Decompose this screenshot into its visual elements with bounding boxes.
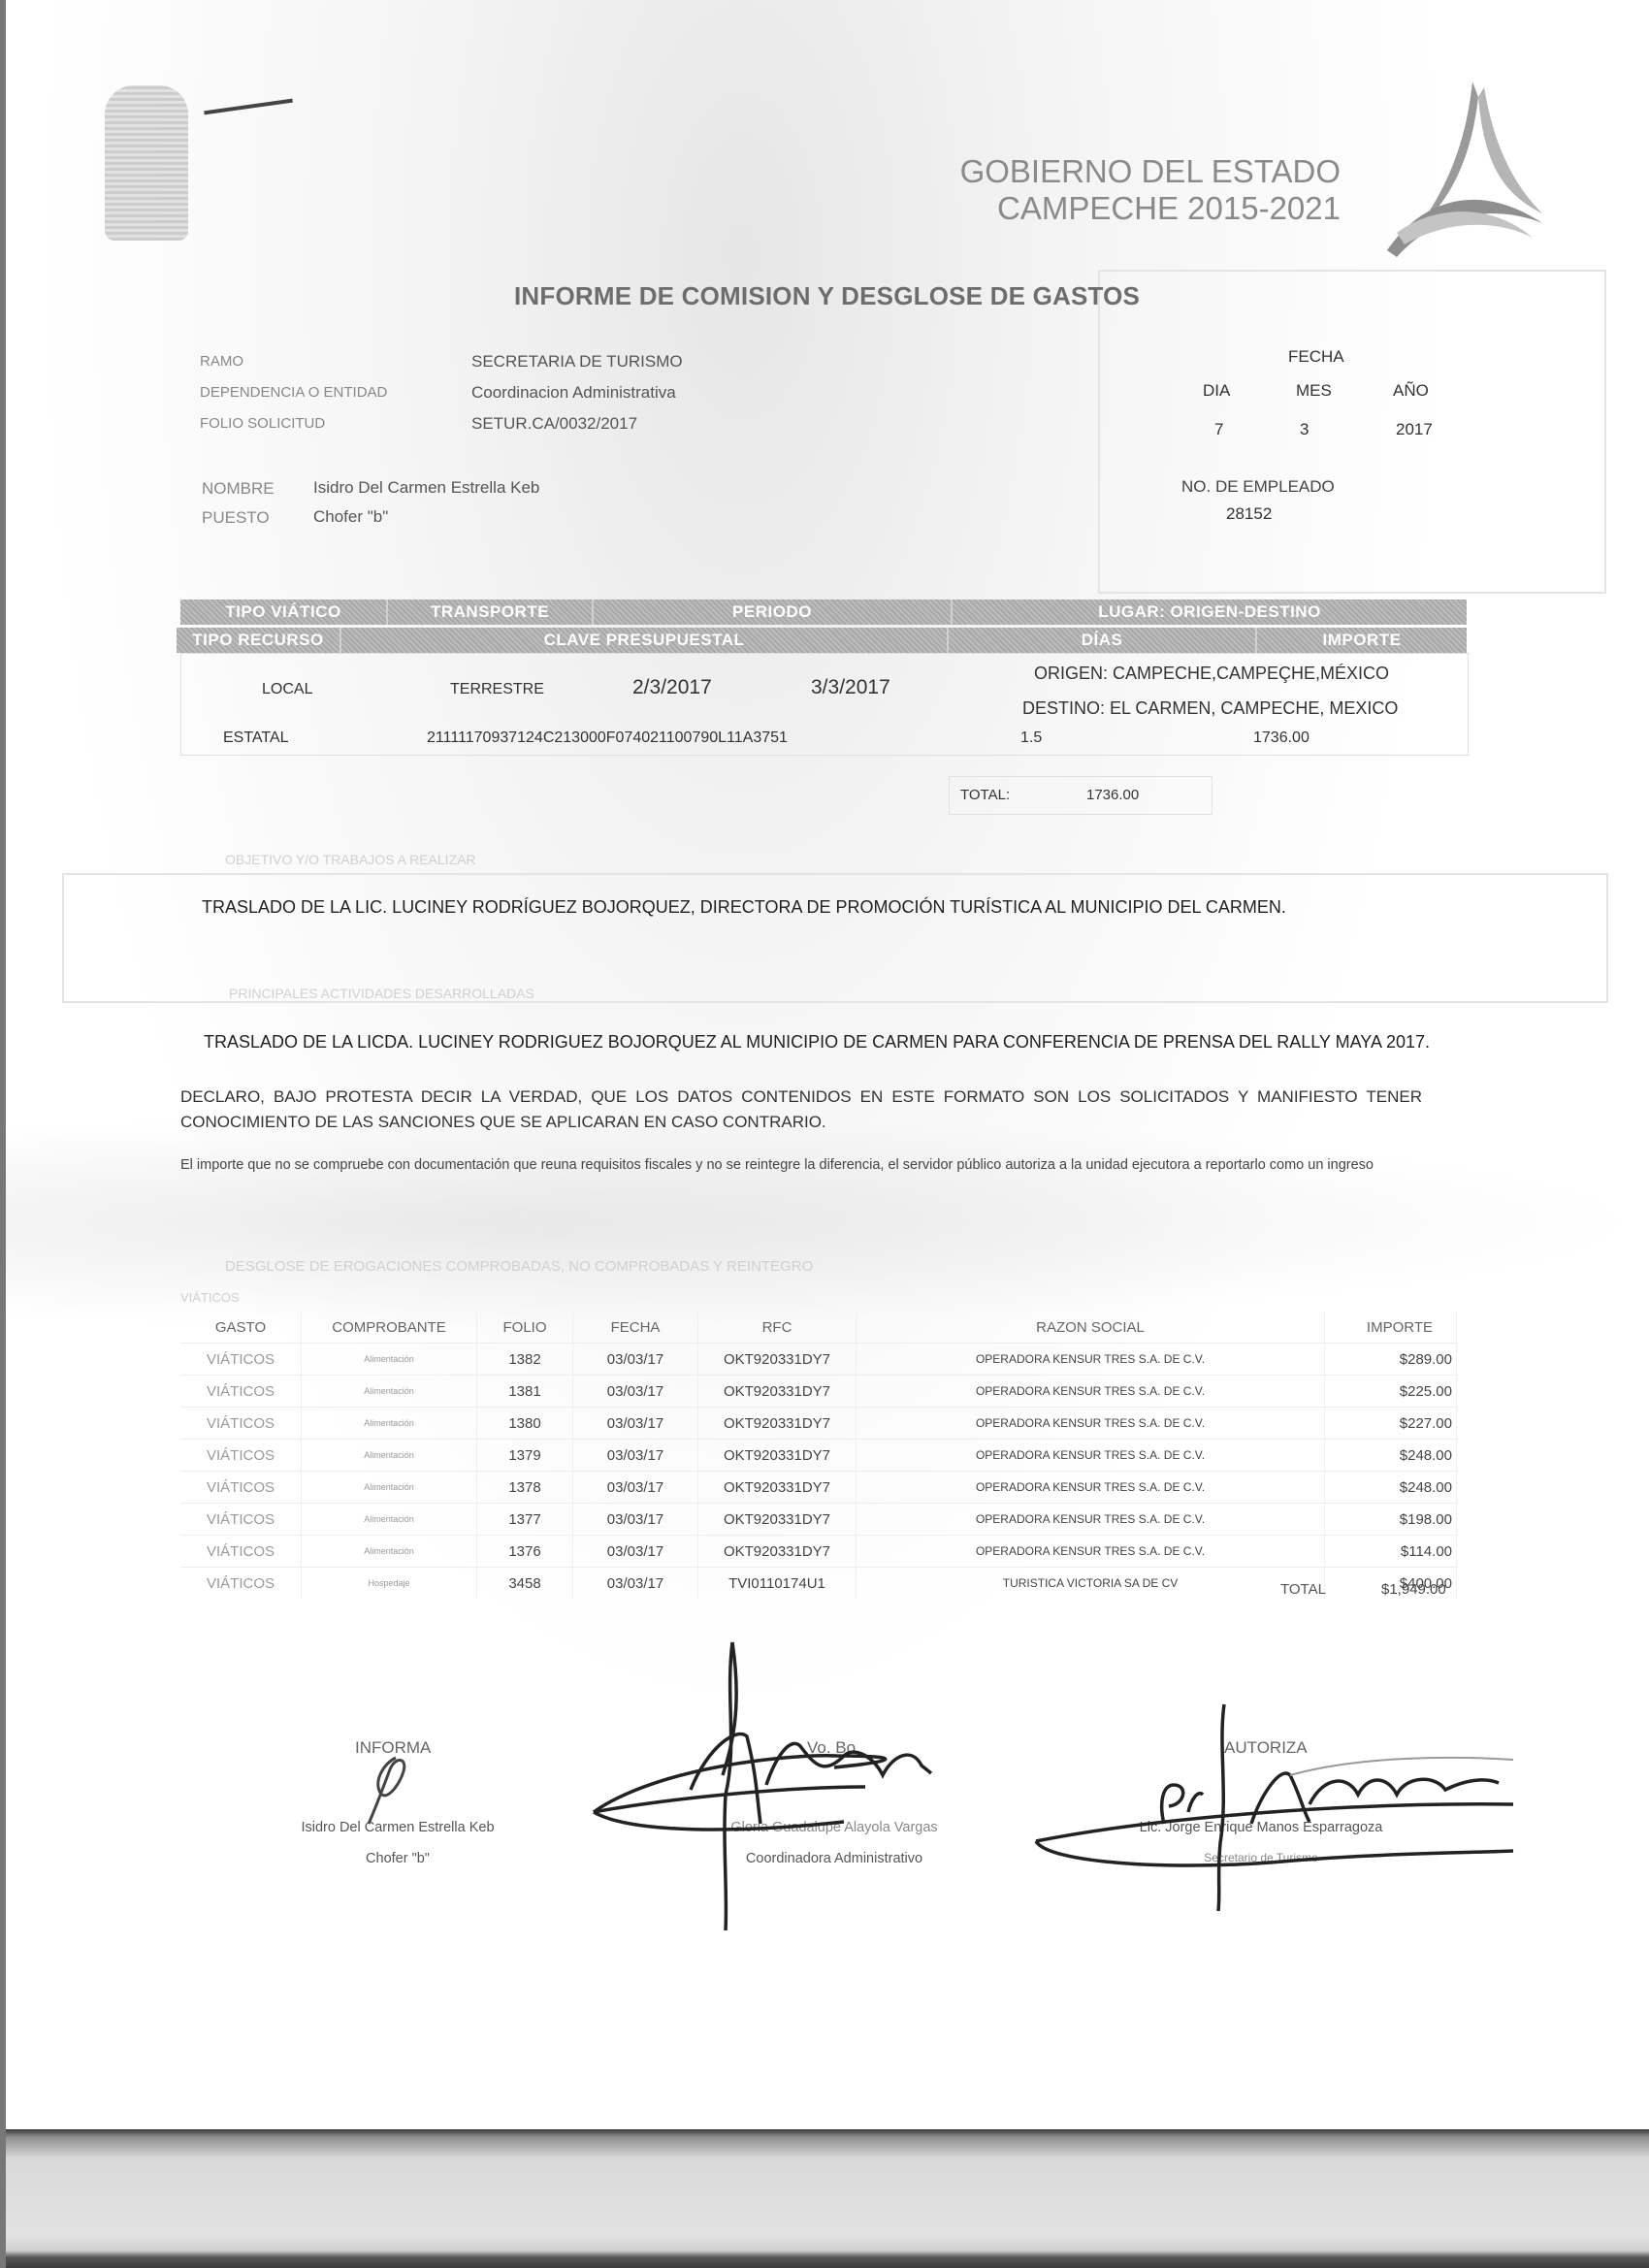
- expense-folio: 1381: [477, 1376, 573, 1408]
- expense-razon-social: OPERADORA KENSUR TRES S.A. DE C.V.: [857, 1376, 1325, 1408]
- expense-razon-social: OPERADORA KENSUR TRES S.A. DE C.V.: [857, 1408, 1325, 1440]
- viatico-total-label: TOTAL:: [960, 787, 1010, 803]
- th-razon-social: RAZON SOCIAL: [857, 1312, 1325, 1344]
- vobo-role: Coordinadora Administrativo: [698, 1851, 970, 1866]
- puesto-value: Chofer "b": [313, 507, 388, 527]
- objetivo-caption: OBJETIVO Y/O TRABAJOS A REALIZAR: [225, 852, 476, 867]
- col-importe: IMPORTE: [1257, 628, 1467, 653]
- expense-importe: $198.00: [1325, 1504, 1457, 1536]
- col-tipo-viatico: TIPO VIÁTICO: [180, 599, 388, 625]
- importe-value: 1736.00: [1253, 729, 1309, 747]
- scanner-edge: [0, 2129, 1649, 2268]
- expense-folio: 3458: [477, 1568, 573, 1600]
- expense-row: VIÁTICOSAlimentación137603/03/17OKT92033…: [180, 1536, 1457, 1568]
- dia-value: 7: [1214, 420, 1223, 439]
- expense-gasto: VIÁTICOS: [180, 1376, 302, 1408]
- expense-row: VIÁTICOSAlimentación137703/03/17OKT92033…: [180, 1504, 1457, 1536]
- government-period: CAMPECHE 2015-2021: [933, 190, 1341, 227]
- expense-gasto: VIÁTICOS: [180, 1440, 302, 1472]
- nota-importe-text: El importe que no se compruebe con docum…: [180, 1153, 1451, 1177]
- autoriza-label: AUTORIZA: [1224, 1738, 1308, 1758]
- expense-gasto: VIÁTICOS: [180, 1408, 302, 1440]
- folio-value: SETUR.CA/0032/2017: [471, 414, 637, 434]
- desglose-caption: DESGLOSE DE EROGACIONES COMPROBADAS, NO …: [225, 1258, 813, 1275]
- government-logo-icon: [1358, 78, 1552, 262]
- anio-label: AÑO: [1393, 381, 1429, 401]
- scanner-left-edge: [0, 0, 6, 2268]
- expense-fecha: 03/03/17: [573, 1504, 698, 1536]
- expense-comprobante: Alimentación: [302, 1472, 477, 1504]
- expense-rfc: OKT920331DY7: [698, 1472, 857, 1504]
- desglose-subcaption: VIÁTICOS: [180, 1290, 240, 1305]
- fecha-label: FECHA: [1288, 347, 1344, 367]
- dependencia-value: Coordinacion Administrativa: [471, 383, 676, 403]
- informa-name: Isidro Del Carmen Estrella Keb: [262, 1820, 533, 1835]
- expense-razon-social: OPERADORA KENSUR TRES S.A. DE C.V.: [857, 1472, 1325, 1504]
- expense-folio: 1376: [477, 1536, 573, 1568]
- expense-comprobante: Alimentación: [302, 1408, 477, 1440]
- col-periodo: PERIODO: [594, 599, 953, 625]
- tipo-viatico-value: LOCAL: [262, 681, 312, 698]
- expense-rfc: TVI0110174U1: [698, 1568, 857, 1600]
- tipo-recurso-value: ESTATAL: [223, 729, 289, 747]
- expense-row: VIÁTICOSAlimentación137903/03/17OKT92033…: [180, 1440, 1457, 1472]
- mes-label: MES: [1296, 381, 1332, 401]
- th-rfc: RFC: [698, 1312, 857, 1344]
- expense-importe: $225.00: [1325, 1376, 1457, 1408]
- expense-folio: 1377: [477, 1504, 573, 1536]
- periodo-fin: 3/3/2017: [811, 676, 890, 699]
- expense-row: VIÁTICOSAlimentación138103/03/17OKT92033…: [180, 1376, 1457, 1408]
- expense-fecha: 03/03/17: [573, 1344, 698, 1376]
- expense-rfc: OKT920331DY7: [698, 1504, 857, 1536]
- expense-comprobante: Alimentación: [302, 1376, 477, 1408]
- periodo-inicio: 2/3/2017: [632, 676, 712, 699]
- dependencia-label: DEPENDENCIA O ENTIDAD: [200, 384, 387, 401]
- dias-value: 1.5: [1020, 729, 1042, 747]
- viatico-header-row-1: TIPO VIÁTICO TRANSPORTE PERIODO LUGAR: O…: [180, 599, 1467, 625]
- expense-razon-social: OPERADORA KENSUR TRES S.A. DE C.V.: [857, 1504, 1325, 1536]
- bleed-through-box: [1098, 270, 1606, 594]
- document-title: INFORME DE COMISION Y DESGLOSE DE GASTOS: [514, 281, 1140, 311]
- ramo-value: SECRETARIA DE TURISMO: [471, 352, 683, 372]
- expense-row: VIÁTICOSAlimentación137803/03/17OKT92033…: [180, 1472, 1457, 1504]
- col-transporte: TRANSPORTE: [388, 599, 594, 625]
- expenses-header-row: GASTO COMPROBANTE FOLIO FECHA RFC RAZON …: [180, 1312, 1457, 1344]
- government-name: GOBIERNO DEL ESTADO: [933, 153, 1341, 190]
- empleado-label: NO. DE EMPLEADO: [1181, 477, 1335, 497]
- expense-rfc: OKT920331DY7: [698, 1376, 857, 1408]
- expense-razon-social: OPERADORA KENSUR TRES S.A. DE C.V.: [857, 1344, 1325, 1376]
- desglose-total-label: TOTAL: [1280, 1581, 1326, 1598]
- expense-folio: 1378: [477, 1472, 573, 1504]
- expense-folio: 1382: [477, 1344, 573, 1376]
- expense-row: VIÁTICOSHospedaje345803/03/17TVI0110174U…: [180, 1568, 1457, 1600]
- th-gasto: GASTO: [180, 1312, 302, 1344]
- col-lugar: LUGAR: ORIGEN-DESTINO: [953, 599, 1467, 625]
- informa-role: Chofer "b": [262, 1851, 533, 1866]
- expense-razon-social: OPERADORA KENSUR TRES S.A. DE C.V.: [857, 1440, 1325, 1472]
- expense-gasto: VIÁTICOS: [180, 1344, 302, 1376]
- expense-rfc: OKT920331DY7: [698, 1536, 857, 1568]
- nombre-label: NOMBRE: [202, 479, 275, 499]
- expense-fecha: 03/03/17: [573, 1376, 698, 1408]
- autoriza-name: Lic. Jorge Enrique Manos Esparragoza: [1115, 1820, 1406, 1835]
- expense-comprobante: Alimentación: [302, 1440, 477, 1472]
- ramo-label: RAMO: [200, 353, 243, 370]
- expense-fecha: 03/03/17: [573, 1408, 698, 1440]
- expense-gasto: VIÁTICOS: [180, 1504, 302, 1536]
- col-clave: CLAVE PRESUPUESTAL: [341, 628, 949, 653]
- expense-fecha: 03/03/17: [573, 1568, 698, 1600]
- expense-fecha: 03/03/17: [573, 1536, 698, 1568]
- expense-comprobante: Hospedaje: [302, 1568, 477, 1600]
- expense-comprobante: Alimentación: [302, 1504, 477, 1536]
- expense-rfc: OKT920331DY7: [698, 1344, 857, 1376]
- expense-comprobante: Alimentación: [302, 1344, 477, 1376]
- expense-razon-social: TURISTICA VICTORIA SA DE CV: [857, 1568, 1325, 1600]
- expense-gasto: VIÁTICOS: [180, 1472, 302, 1504]
- expense-folio: 1380: [477, 1408, 573, 1440]
- anio-value: 2017: [1396, 420, 1433, 439]
- informa-label: INFORMA: [355, 1738, 431, 1758]
- expense-importe: $289.00: [1325, 1344, 1457, 1376]
- expense-fecha: 03/03/17: [573, 1440, 698, 1472]
- empleado-value: 28152: [1226, 504, 1272, 524]
- viatico-total-value: 1736.00: [1086, 787, 1139, 803]
- transporte-value: TERRESTRE: [450, 681, 544, 698]
- expense-rfc: OKT920331DY7: [698, 1440, 857, 1472]
- expense-gasto: VIÁTICOS: [180, 1536, 302, 1568]
- desglose-total-value: $1,949.00: [1381, 1581, 1446, 1598]
- col-tipo-recurso: TIPO RECURSO: [177, 628, 341, 653]
- mes-value: 3: [1300, 420, 1309, 439]
- dia-label: DIA: [1203, 381, 1230, 401]
- folio-label: FOLIO SOLICITUD: [200, 415, 325, 432]
- declaracion-text: DECLARO, BAJO PROTESTA DECIR LA VERDAD, …: [180, 1085, 1422, 1135]
- expense-comprobante: Alimentación: [302, 1536, 477, 1568]
- autoriza-role: Secretario de Turismo: [1115, 1851, 1406, 1864]
- origen-value: ORIGEN: CAMPECHE,CAMPEÇHE,MÉXICO: [1034, 664, 1389, 684]
- expense-folio: 1379: [477, 1440, 573, 1472]
- bleed-through-box: [62, 873, 1608, 1003]
- expense-fecha: 03/03/17: [573, 1472, 698, 1504]
- vobo-name: Gloria Guadalupe Alayola Vargas: [698, 1820, 970, 1835]
- puesto-label: PUESTO: [202, 508, 270, 528]
- th-fecha: FECHA: [573, 1312, 698, 1344]
- actividades-text: TRASLADO DE LA LICDA. LUCINEY RODRIGUEZ …: [204, 1032, 1430, 1053]
- expense-razon-social: OPERADORA KENSUR TRES S.A. DE C.V.: [857, 1536, 1325, 1568]
- expense-rfc: OKT920331DY7: [698, 1408, 857, 1440]
- nombre-value: Isidro Del Carmen Estrella Keb: [313, 478, 539, 498]
- expense-row: VIÁTICOSAlimentación138003/03/17OKT92033…: [180, 1408, 1457, 1440]
- expense-importe: $248.00: [1325, 1472, 1457, 1504]
- expenses-table: GASTO COMPROBANTE FOLIO FECHA RFC RAZON …: [180, 1312, 1457, 1599]
- th-folio: FOLIO: [477, 1312, 573, 1344]
- viatico-header-row-2: TIPO RECURSO CLAVE PRESUPUESTAL DÍAS IMP…: [177, 628, 1467, 653]
- expense-importe: $114.00: [1325, 1536, 1457, 1568]
- col-dias: DÍAS: [949, 628, 1257, 653]
- th-comprobante: COMPROBANTE: [302, 1312, 477, 1344]
- crest-icon: [105, 85, 188, 241]
- clave-presupuestal-value: 21111170937124C213000F074021100790L11A37…: [427, 729, 788, 747]
- expense-importe: $227.00: [1325, 1408, 1457, 1440]
- expense-gasto: VIÁTICOS: [180, 1568, 302, 1600]
- expense-row: VIÁTICOSAlimentación138203/03/17OKT92033…: [180, 1344, 1457, 1376]
- actividades-caption: PRINCIPALES ACTIVIDADES DESARROLLADAS: [229, 986, 534, 1001]
- th-importe: IMPORTE: [1325, 1312, 1457, 1344]
- objetivo-text: TRASLADO DE LA LIC. LUCINEY RODRÍGUEZ BO…: [202, 897, 1286, 918]
- destino-value: DESTINO: EL CARMEN, CAMPECHE, MEXICO: [1022, 698, 1398, 719]
- vobo-label: Vo. Bo: [807, 1738, 856, 1758]
- expense-importe: $248.00: [1325, 1440, 1457, 1472]
